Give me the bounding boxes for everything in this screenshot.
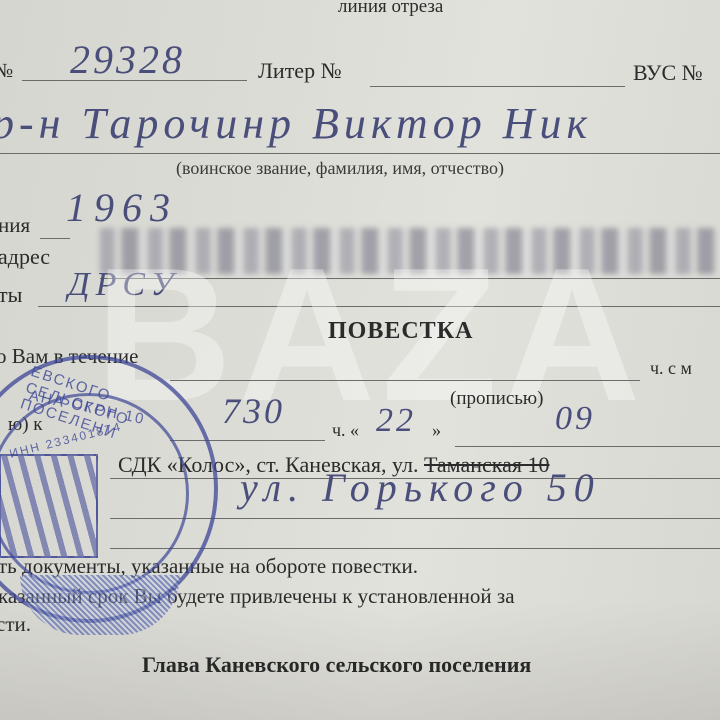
rank-name-handwritten: р-н Тарочинр Виктор Ник	[0, 98, 592, 149]
in-words-caption: (прописью)	[450, 388, 543, 410]
summons-underline	[170, 380, 640, 381]
rank-name-caption: (воинское звание, фамилия, имя, отчество…	[176, 158, 504, 179]
stamp-smudge	[20, 575, 180, 635]
month-value: 09	[555, 400, 595, 438]
hours-from-label: ч. с м	[650, 358, 692, 379]
liter-label: Литер №	[258, 58, 342, 84]
name-underline	[0, 153, 720, 154]
work-label: ты	[0, 282, 22, 308]
birth-year-underline	[40, 238, 70, 239]
liter-underline	[370, 86, 625, 87]
stamp-emblem-icon	[0, 454, 98, 558]
number-prefix: №	[0, 60, 13, 83]
vus-label: ВУС №	[633, 60, 703, 86]
penalty-line-end: сти.	[0, 612, 31, 637]
hour-label: ч. «	[332, 420, 359, 441]
month-underline	[455, 446, 720, 447]
summons-title: ПОВЕСТКА	[328, 318, 473, 345]
day-value: 22	[376, 402, 416, 440]
time-value: 730	[222, 390, 285, 432]
place-handwritten: ул. Горького 50	[240, 464, 601, 511]
cut-line-label: линия отреза	[338, 0, 443, 18]
summons-number: 29328	[70, 36, 185, 83]
day-close: »	[432, 420, 441, 441]
address-label: адрес	[0, 244, 50, 270]
birth-year-value: 1963	[66, 184, 178, 231]
number-underline	[22, 80, 247, 81]
birth-year-label: ния	[0, 213, 30, 238]
signatory: Глава Каневского сельского поселения	[142, 652, 531, 678]
